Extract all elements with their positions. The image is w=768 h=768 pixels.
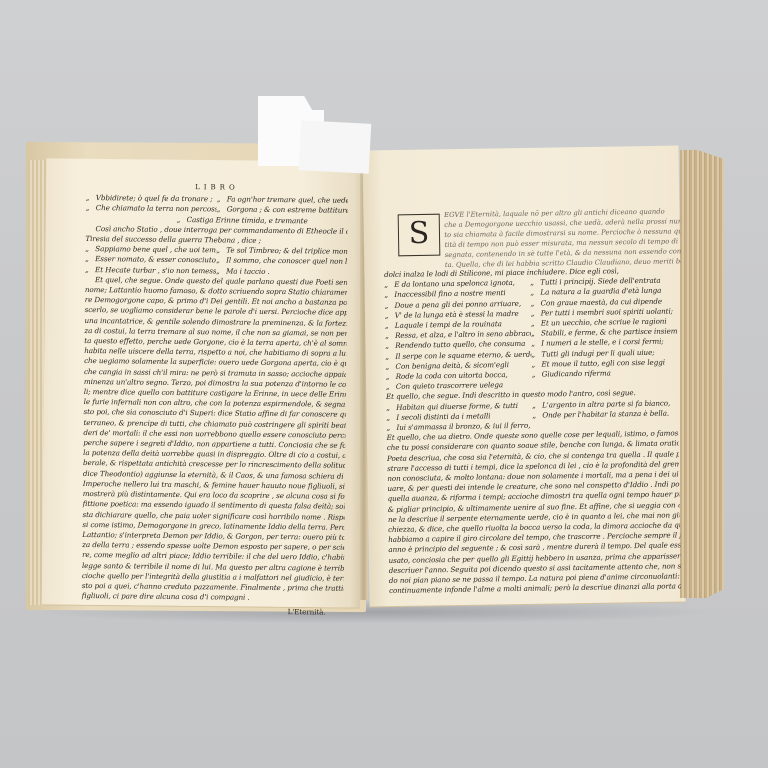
page-edges-right bbox=[680, 150, 724, 598]
left-page-text: LIBRO „Vbbidirete; ò quel fe da tronare … bbox=[81, 181, 348, 618]
chapter-intro: EGVE l'Eternità, laquale nō per altro gl… bbox=[444, 206, 681, 270]
running-head: LIBRO bbox=[86, 181, 348, 194]
decorated-initial: S bbox=[398, 214, 441, 257]
right-page-text: dolci inalza le lodi di Stilicone, mi pi… bbox=[384, 265, 681, 596]
paper-bookmark-fold bbox=[299, 120, 372, 174]
